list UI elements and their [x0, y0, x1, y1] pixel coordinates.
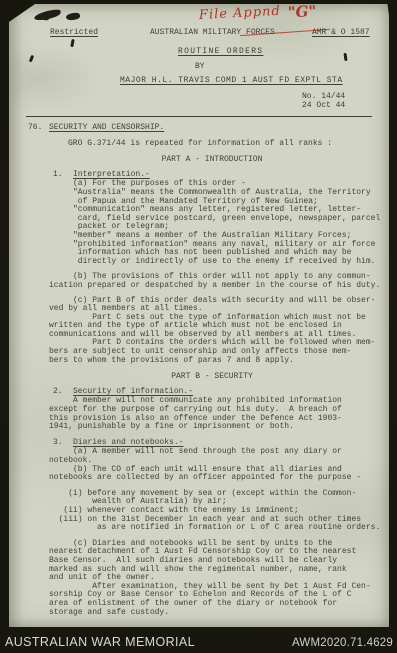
section-number: 76.: [28, 124, 49, 133]
paragraph-3-list: (i) before any movement by sea or (excep…: [49, 490, 382, 533]
intro-line: GRO G.371/44 is repeated for information…: [68, 140, 382, 149]
order-date: 24 Oct 44: [302, 101, 345, 110]
classification-stamp: Restricted: [50, 28, 98, 37]
header-rule: [26, 116, 372, 117]
paragraph-3ab: (a) A member will not send through the p…: [49, 448, 382, 482]
organisation-title: AUSTRALIAN MILITARY FORCES: [150, 28, 275, 37]
item-number: 2.: [53, 388, 73, 397]
item-1-heading: 1. Interpretation.-: [53, 171, 382, 180]
item-3-heading: 3. Diaries and notebooks.-: [53, 439, 382, 448]
ink-mark: [343, 53, 347, 61]
paragraph-1a: (a) For the purposes of this order - "Au…: [73, 180, 382, 266]
archive-scan-view: File Appnd "G" Restricted AUSTRALIAN MIL…: [0, 0, 397, 653]
archive-name: AUSTRALIAN WAR MEMORIAL: [5, 635, 195, 649]
paragraph-2: A member will not communicate any prohib…: [49, 397, 382, 431]
handwritten-annotation-text: File Appnd: [199, 4, 282, 23]
catalog-number: AWM2020.71.4629: [292, 637, 393, 649]
paragraph-3c: (c) Diaries and notebooks will be sent b…: [49, 540, 382, 617]
item-title: Diaries and notebooks.-: [73, 439, 183, 448]
issuing-officer: MAJOR H.L. TRAVIS COMD 1 AUST FD EXPTL S…: [120, 76, 343, 85]
ink-blot: [66, 12, 81, 20]
paragraph-1c: (c) Part B of this order deals with secu…: [49, 297, 382, 366]
handwritten-annotation: File Appnd "G": [199, 2, 317, 26]
archive-caption-bar: AUSTRALIAN WAR MEMORIAL AWM2020.71.4629: [5, 635, 393, 649]
ink-mark: [70, 39, 74, 47]
order-number: No. 14/44: [302, 92, 345, 101]
part-a-heading: PART A - INTRODUCTION: [28, 156, 382, 165]
item-number: 3.: [53, 439, 73, 448]
item-title: Interpretation.-: [73, 171, 150, 180]
item-title: Security of information.-: [73, 388, 193, 397]
item-number: 1.: [53, 171, 73, 180]
section-title: SECURITY AND CENSORSHIP.: [49, 124, 164, 133]
handwritten-annotation-letter: "G": [287, 2, 316, 21]
item-2-heading: 2. Security of information.-: [53, 388, 382, 397]
reference-number: AMR & O 1587: [312, 28, 370, 37]
document-page: File Appnd "G" Restricted AUSTRALIAN MIL…: [9, 4, 389, 627]
document-title: ROUTINE ORDERS: [178, 47, 263, 56]
paragraph-1b: (b) The provisions of this order will no…: [49, 273, 382, 290]
document-body: 76. SECURITY AND CENSORSHIP. GRO G.371/4…: [28, 124, 382, 624]
section-heading: 76. SECURITY AND CENSORSHIP.: [28, 124, 382, 133]
order-number-date: No. 14/44 24 Oct 44: [302, 92, 345, 110]
by-label: BY: [195, 62, 205, 71]
part-b-heading: PART B - SECURITY: [28, 373, 382, 382]
ink-mark: [29, 55, 34, 62]
